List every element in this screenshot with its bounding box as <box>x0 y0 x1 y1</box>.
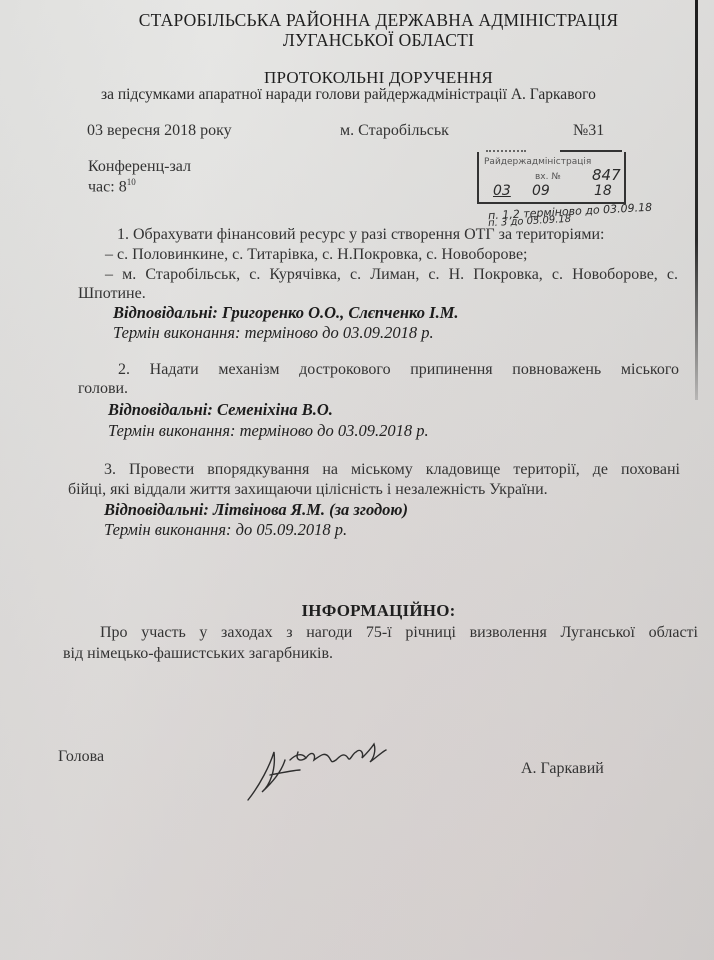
meeting-time-minutes: 10 <box>127 177 136 187</box>
handwritten-signature <box>240 730 400 805</box>
signatory-name: А. Гаркавий <box>521 760 604 778</box>
document-subtitle: за підсумками апаратної наради голови ра… <box>101 86 596 104</box>
page-edge-shadow <box>695 0 698 400</box>
meeting-time: час: 810 <box>88 177 136 196</box>
stamp-reg-number: 847 <box>592 166 621 184</box>
org-name-line1: СТАРОБІЛЬСЬКА РАЙОННА ДЕРЖАВНА АДМІНІСТР… <box>0 10 714 31</box>
document-title: ПРОТОКОЛЬНІ ДОРУЧЕННЯ <box>0 68 714 88</box>
paper-shading <box>0 0 714 960</box>
stamp-month: 09 <box>532 183 550 199</box>
item-2-deadline: Термін виконання: терміново до 03.09.201… <box>108 421 429 441</box>
meeting-time-label: час: 8 <box>88 178 127 195</box>
org-name-line2: ЛУГАНСЬКОЇ ОБЛАСТІ <box>0 30 714 51</box>
info-heading: ІНФОРМАЦІЙНО: <box>0 601 714 621</box>
document-number: №31 <box>573 122 604 140</box>
item-3-text: 3. Провести впорядкування на міському кл… <box>104 461 680 479</box>
stamp-incoming-label: вх. № <box>535 172 561 182</box>
info-line-1: Про участь у заходах з нагоди 75-ї річни… <box>100 624 698 642</box>
scanned-document-page: СТАРОБІЛЬСЬКА РАЙОННА ДЕРЖАВНА АДМІНІСТР… <box>0 0 714 960</box>
item-1-text: 1. Обрахувати фінансовий ресурс у разі с… <box>117 226 604 244</box>
item-3-deadline: Термін виконання: до 05.09.2018 р. <box>104 520 347 540</box>
item-1-deadline: Термін виконання: терміново до 03.09.201… <box>113 323 434 343</box>
item-3-continuation: бійці, які віддали життя захищаючи ціліс… <box>68 481 548 499</box>
document-place: м. Старобільськ <box>340 122 449 140</box>
item-1-continuation: Шпотине. <box>78 285 146 303</box>
stamp-org-text: Райдержадміністрація <box>484 157 591 167</box>
meeting-venue: Конференц-зал <box>88 158 191 176</box>
document-date: 03 вересня 2018 року <box>87 122 232 140</box>
stamp-year: 18 <box>594 183 612 199</box>
item-1-responsible: Відповідальні: Григоренко О.О., Слєпченк… <box>113 303 459 323</box>
item-2-continuation: голови. <box>78 380 128 398</box>
item-2-responsible: Відповідальні: Семеніхіна В.О. <box>108 400 333 420</box>
item-3-responsible: Відповідальні: Літвінова Я.М. (за згодою… <box>104 500 408 520</box>
info-line-2: від німецько-фашистських загарбників. <box>63 645 333 663</box>
stamp-day: 03 <box>493 183 511 199</box>
item-1-subitem-1: – с. Половинкине, с. Титарівка, с. Н.Пок… <box>105 246 528 264</box>
item-2-text: 2. Надати механізм дострокового припинен… <box>118 361 679 379</box>
signature-role: Голова <box>58 748 104 766</box>
item-1-subitem-2: – м. Старобільськ, с. Курячівка, с. Лима… <box>105 266 678 284</box>
